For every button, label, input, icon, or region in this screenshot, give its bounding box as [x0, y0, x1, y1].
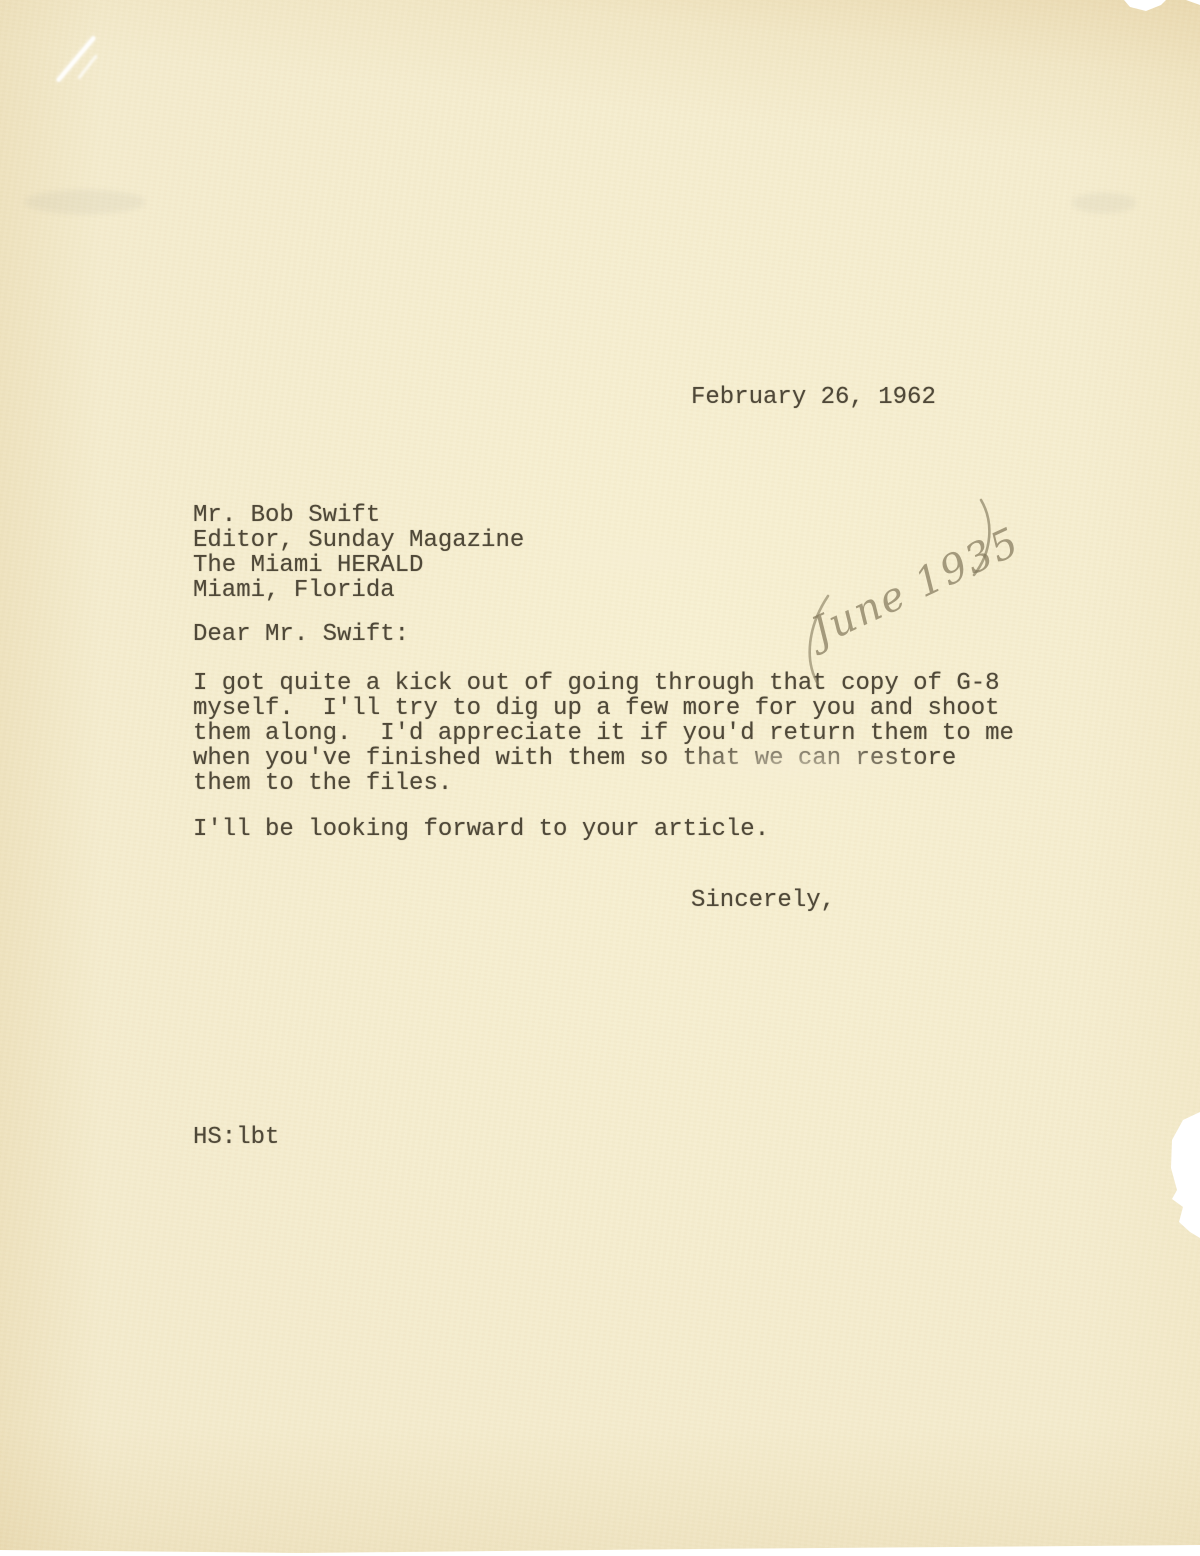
recipient-address: Mr. Bob Swift Editor, Sunday Magazine Th… — [193, 503, 524, 603]
bottom-edge-sliver — [0, 1545, 1200, 1556]
letter-date: February 26, 1962 — [691, 385, 936, 410]
closing: Sincerely, — [691, 888, 835, 913]
paper-crease-mark — [77, 54, 98, 79]
body-paragraph-2: I'll be looking forward to your article. — [193, 817, 769, 842]
ink-fade-patch — [520, 535, 760, 581]
top-edge-notch — [1124, 0, 1166, 11]
typist-initials: HS:lbt — [193, 1125, 279, 1150]
salutation: Dear Mr. Swift: — [193, 622, 409, 647]
paper-smudge — [25, 190, 145, 214]
handwritten-date-text: June 1935 — [798, 519, 1027, 658]
scanned-letter-page: February 26, 1962 Mr. Bob Swift Editor, … — [0, 0, 1200, 1556]
letter-paper: February 26, 1962 Mr. Bob Swift Editor, … — [0, 0, 1200, 1556]
paper-smudge — [1072, 193, 1136, 213]
handwritten-annotation: June 1935 — [778, 478, 1028, 708]
right-edge-tear — [1171, 1112, 1200, 1238]
top-right-corner-chip — [1186, 0, 1200, 5]
